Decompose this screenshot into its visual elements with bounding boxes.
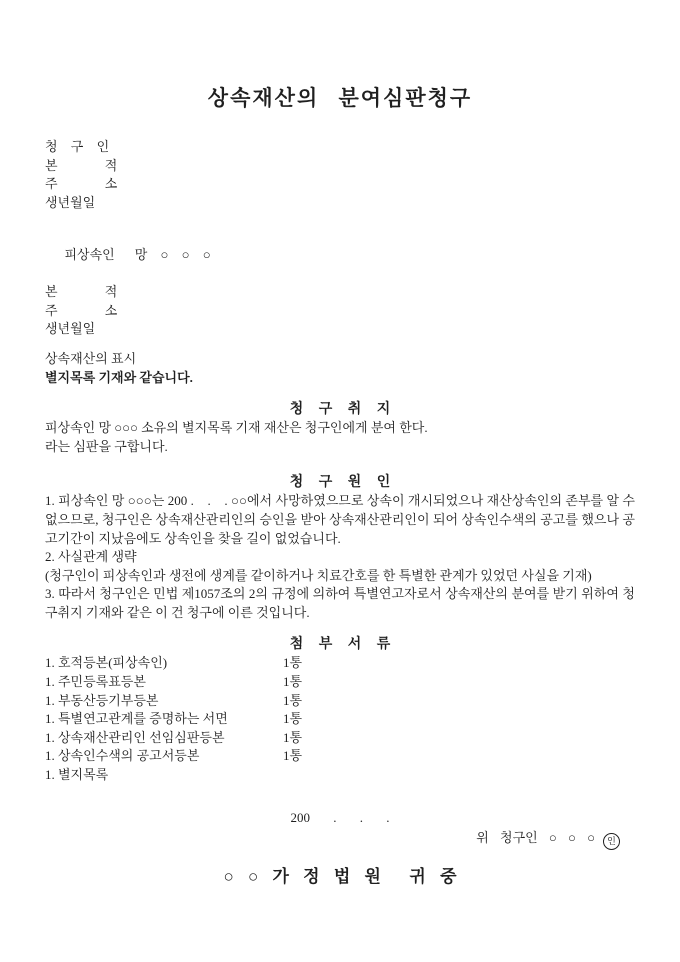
purport-section-body: 피상속인 망 ○○○ 소유의 별지목록 기재 재산은 청구인에게 분여 한다. … — [45, 419, 635, 456]
petition-document: 상속재산의 분여심판청구 청 구 인 본 적 주 소 생년월일 피상속인망 ○ … — [0, 0, 680, 962]
signature-text: 위 청구인 ○ ○ ○ — [476, 830, 595, 845]
date-line: 200 . . . — [45, 809, 635, 828]
cause-section-body: 1. 피상속인 망 ○○○는 200 . . . ○○에서 사망하였으므로 상속… — [45, 492, 635, 622]
attachment-count: 1통 — [283, 673, 302, 692]
petitioner-birthdate-label: 생년월일 — [45, 194, 635, 213]
attachment-label: 1. 호적등본(피상속인) — [45, 654, 283, 673]
cause-paragraph-1: 1. 피상속인 망 ○○○는 200 . . . ○○에서 사망하였으므로 상속… — [45, 492, 635, 548]
purport-line-1: 피상속인 망 ○○○ 소유의 별지목록 기재 재산은 청구인에게 분여 한다. — [45, 419, 635, 438]
document-title: 상속재산의 분여심판청구 — [45, 86, 635, 110]
estate-value: 별지목록 기재와 같습니다. — [45, 369, 635, 388]
decedent-block: 피상속인망 ○ ○ ○ 본 적 주 소 생년월일 — [45, 227, 635, 339]
attachment-row: 1. 별지목록 — [45, 766, 635, 785]
estate-label: 상속재산의 표시 — [45, 350, 635, 369]
cause-section-heading: 청 구 원 인 — [45, 473, 635, 492]
attachment-label: 1. 부동산등기부등본 — [45, 692, 283, 711]
attachment-count: 1통 — [283, 747, 302, 766]
attachments-section-heading: 첨 부 서 류 — [45, 635, 635, 654]
decedent-domicile-label: 본 적 — [45, 283, 635, 302]
petitioner-address-label: 주 소 — [45, 175, 635, 194]
decedent-role-label: 피상속인 — [65, 247, 115, 262]
attachment-count: 1통 — [283, 692, 302, 711]
attachment-label: 1. 특별연고관계를 증명하는 서면 — [45, 710, 283, 729]
decedent-name-value: 망 ○ ○ ○ — [135, 247, 211, 262]
petitioner-role-label: 청 구 인 — [45, 138, 635, 157]
attachment-row: 1. 상속재산관리인 선임심판등본 1통 — [45, 729, 635, 748]
decedent-address-label: 주 소 — [45, 302, 635, 321]
attachment-row: 1. 상속인수색의 공고서등본 1통 — [45, 747, 635, 766]
cause-paragraph-3: (청구인이 피상속인과 생전에 생계를 같이하거나 치료간호를 한 특별한 관계… — [45, 567, 635, 586]
attachment-row: 1. 부동산등기부등본 1통 — [45, 692, 635, 711]
estate-block: 상속재산의 표시 별지목록 기재와 같습니다. — [45, 350, 635, 387]
purport-line-2: 라는 심판을 구합니다. — [45, 438, 635, 457]
attachment-count: 1통 — [283, 710, 302, 729]
attachment-count: 1통 — [283, 729, 302, 748]
attachment-label: 1. 상속재산관리인 선임심판등본 — [45, 729, 283, 748]
seal-mark-icon: 인 — [603, 833, 620, 850]
petitioner-domicile-label: 본 적 — [45, 157, 635, 176]
purport-section-heading: 청 구 취 지 — [45, 400, 635, 419]
signature-line: 위 청구인 ○ ○ ○인 — [45, 829, 620, 850]
attachment-label: 1. 주민등록표등본 — [45, 673, 283, 692]
attachment-label: 1. 별지목록 — [45, 766, 283, 785]
attachment-row: 1. 호적등본(피상속인) 1통 — [45, 654, 635, 673]
decedent-birthdate-label: 생년월일 — [45, 320, 635, 339]
attachment-label: 1. 상속인수색의 공고서등본 — [45, 747, 283, 766]
decedent-name-line: 피상속인망 ○ ○ ○ — [45, 227, 635, 283]
attachment-row: 1. 주민등록표등본 1통 — [45, 673, 635, 692]
attachments-list: 1. 호적등본(피상속인) 1통 1. 주민등록표등본 1통 1. 부동산등기부… — [45, 654, 635, 784]
attachment-count: 1통 — [283, 654, 302, 673]
attachment-row: 1. 특별연고관계를 증명하는 서면 1통 — [45, 710, 635, 729]
cause-paragraph-2: 2. 사실관계 생략 — [45, 548, 635, 567]
court-address-line: ○ ○ 가 정 법 원 귀 중 — [45, 866, 635, 888]
cause-paragraph-4: 3. 따라서 청구인은 민법 제1057조의 2의 규정에 의하여 특별연고자로… — [45, 585, 635, 622]
petitioner-block: 청 구 인 본 적 주 소 생년월일 — [45, 138, 635, 212]
